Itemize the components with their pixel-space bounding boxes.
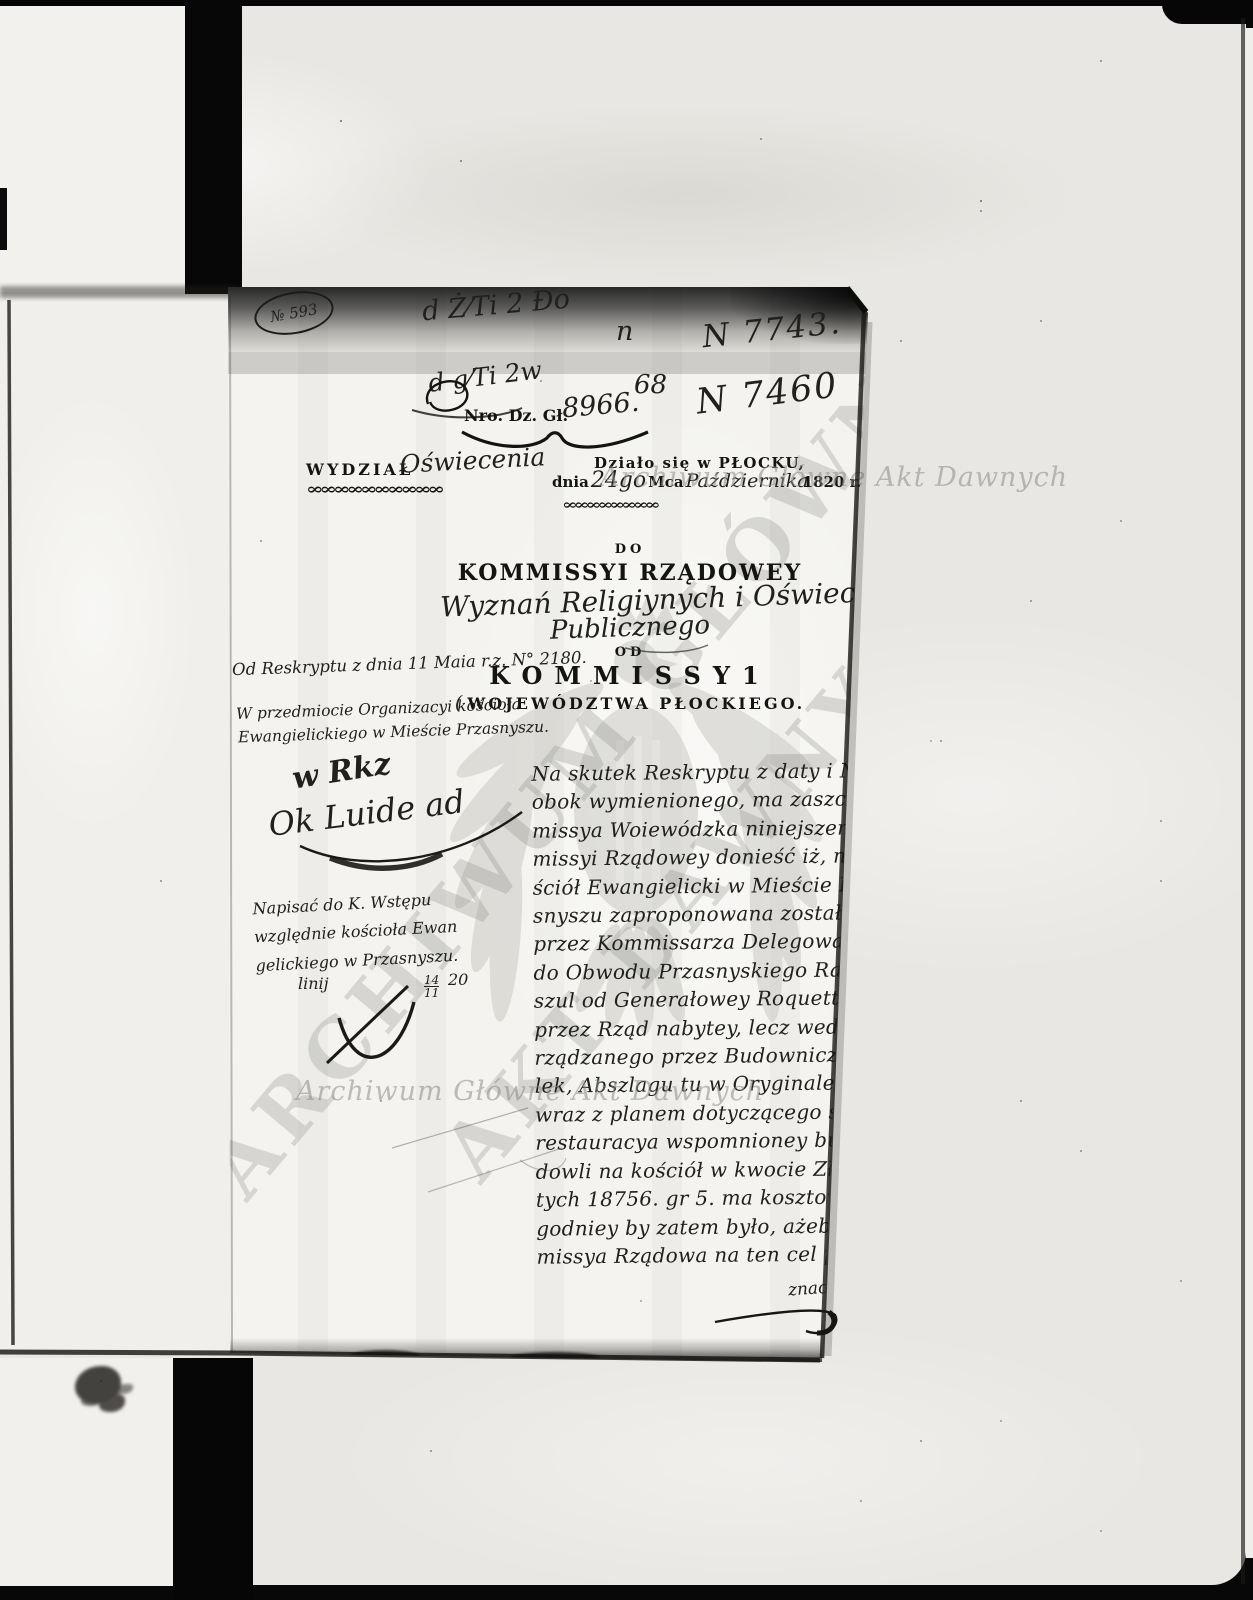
scan-right-edge-line: [1241, 18, 1245, 1584]
archive-watermark-small-left: Archiwum Główne Akt Dawnych: [296, 1076, 764, 1107]
body-line: godniey by zatem było, ażeby Kom: [536, 1211, 872, 1243]
underlying-sheet-top-left: [0, 6, 185, 292]
wydzial-value: Oświecenia: [399, 442, 546, 479]
margin-date-fraction: 14 11: [424, 974, 439, 999]
body-line: przez Kommissarza Delegowanego: [533, 927, 869, 959]
chain-ornament-right: ∞∞∞∞∞∞∞∞: [562, 497, 657, 512]
document-top-gray-strip: [210, 352, 882, 374]
paper-speckles-2: [980, 200, 982, 202]
left-edge-black-mark: [0, 188, 7, 250]
page-number-68: 68: [634, 370, 667, 400]
chain-ornament-left: ∞∞∞∞∞∞∞∞∞∞: [306, 480, 441, 498]
body-line: ściół Ewangielicki w Mieście Prza: [533, 870, 869, 902]
archive-watermark-small-top: Archiwum Główne Akt Dawnych: [600, 462, 1068, 493]
body-line: przez Rząd nabytey, lecz wedle spo: [534, 1012, 870, 1044]
margin-signature-1: w Rkz: [290, 746, 393, 796]
body-line: szul od Generałowey Roquette: [534, 983, 870, 1015]
margin-note3-line4: linij: [298, 974, 329, 993]
address-do: DO: [440, 542, 820, 557]
paper-speckles: [340, 120, 342, 122]
margin-note-napisac: Napisać do K. Wstępu względnie kościoła …: [252, 885, 460, 981]
fraction-numerator: 14: [424, 974, 439, 986]
body-handwriting: Na skutek Reskryptu z daty i N. 8em obok…: [531, 756, 872, 1271]
body-line: missya Rządowa na ten cel prze: [536, 1239, 872, 1271]
top-edge-smudge: [0, 286, 238, 298]
wydzial-label: WYDZIAŁ: [306, 460, 413, 479]
letter-n-mark: n: [616, 316, 633, 347]
body-line: missya Woiewódzka niniejszem Kom: [532, 813, 868, 845]
document-page: ARCHIWUM GŁÓWNE AKT DAWNYCH № 593 d Ż⁄Ti…: [210, 280, 882, 1372]
scan-right-paper-strip: [1246, 28, 1253, 1558]
body-line: missyi Rządowey donieść iż, na ko: [532, 841, 868, 873]
black-gap-top-left: [185, 0, 242, 302]
black-gap-bottom-left: [173, 1358, 253, 1600]
body-line: snyszu zaproponowana została: [533, 898, 869, 930]
body-line: Na skutek Reskryptu z daty i N. 8em: [531, 756, 867, 788]
body-line: tych 18756. gr 5. ma kosztować, do: [536, 1182, 872, 1214]
scan-corner-black-blob: [1162, 0, 1253, 24]
body-line: do Obwodu Przasnyskiego Rayt: [533, 955, 869, 987]
nro-dz-gl-value: 8966.: [561, 387, 641, 425]
margin-date-year: 20: [448, 970, 468, 989]
body-line: restauracya wspomnioney bu: [535, 1126, 871, 1158]
body-line: obok wymienionego, ma zaszczyt Kom: [532, 785, 868, 817]
body-line: dowli na kościół w kwocie Zło: [535, 1154, 871, 1186]
document-number-7460: N 7460: [694, 365, 841, 422]
date-dnia: dnia: [552, 473, 589, 491]
underlying-sheet-left: [0, 294, 231, 1354]
fraction-denominator: 11: [424, 986, 439, 999]
stamp-number: № 593: [269, 300, 319, 326]
nro-dz-gl-label: Nro. Dz. Gł.: [464, 406, 568, 425]
scanned-archival-document: ARCHIWUM GŁÓWNE AKT DAWNYCH № 593 d Ż⁄Ti…: [0, 0, 1253, 1600]
body-line: rządzanego przez Budowniczego da: [534, 1040, 870, 1072]
address-block: DO KOMMISSYI RZĄDOWEY Wyznań Religiynych…: [440, 542, 820, 714]
